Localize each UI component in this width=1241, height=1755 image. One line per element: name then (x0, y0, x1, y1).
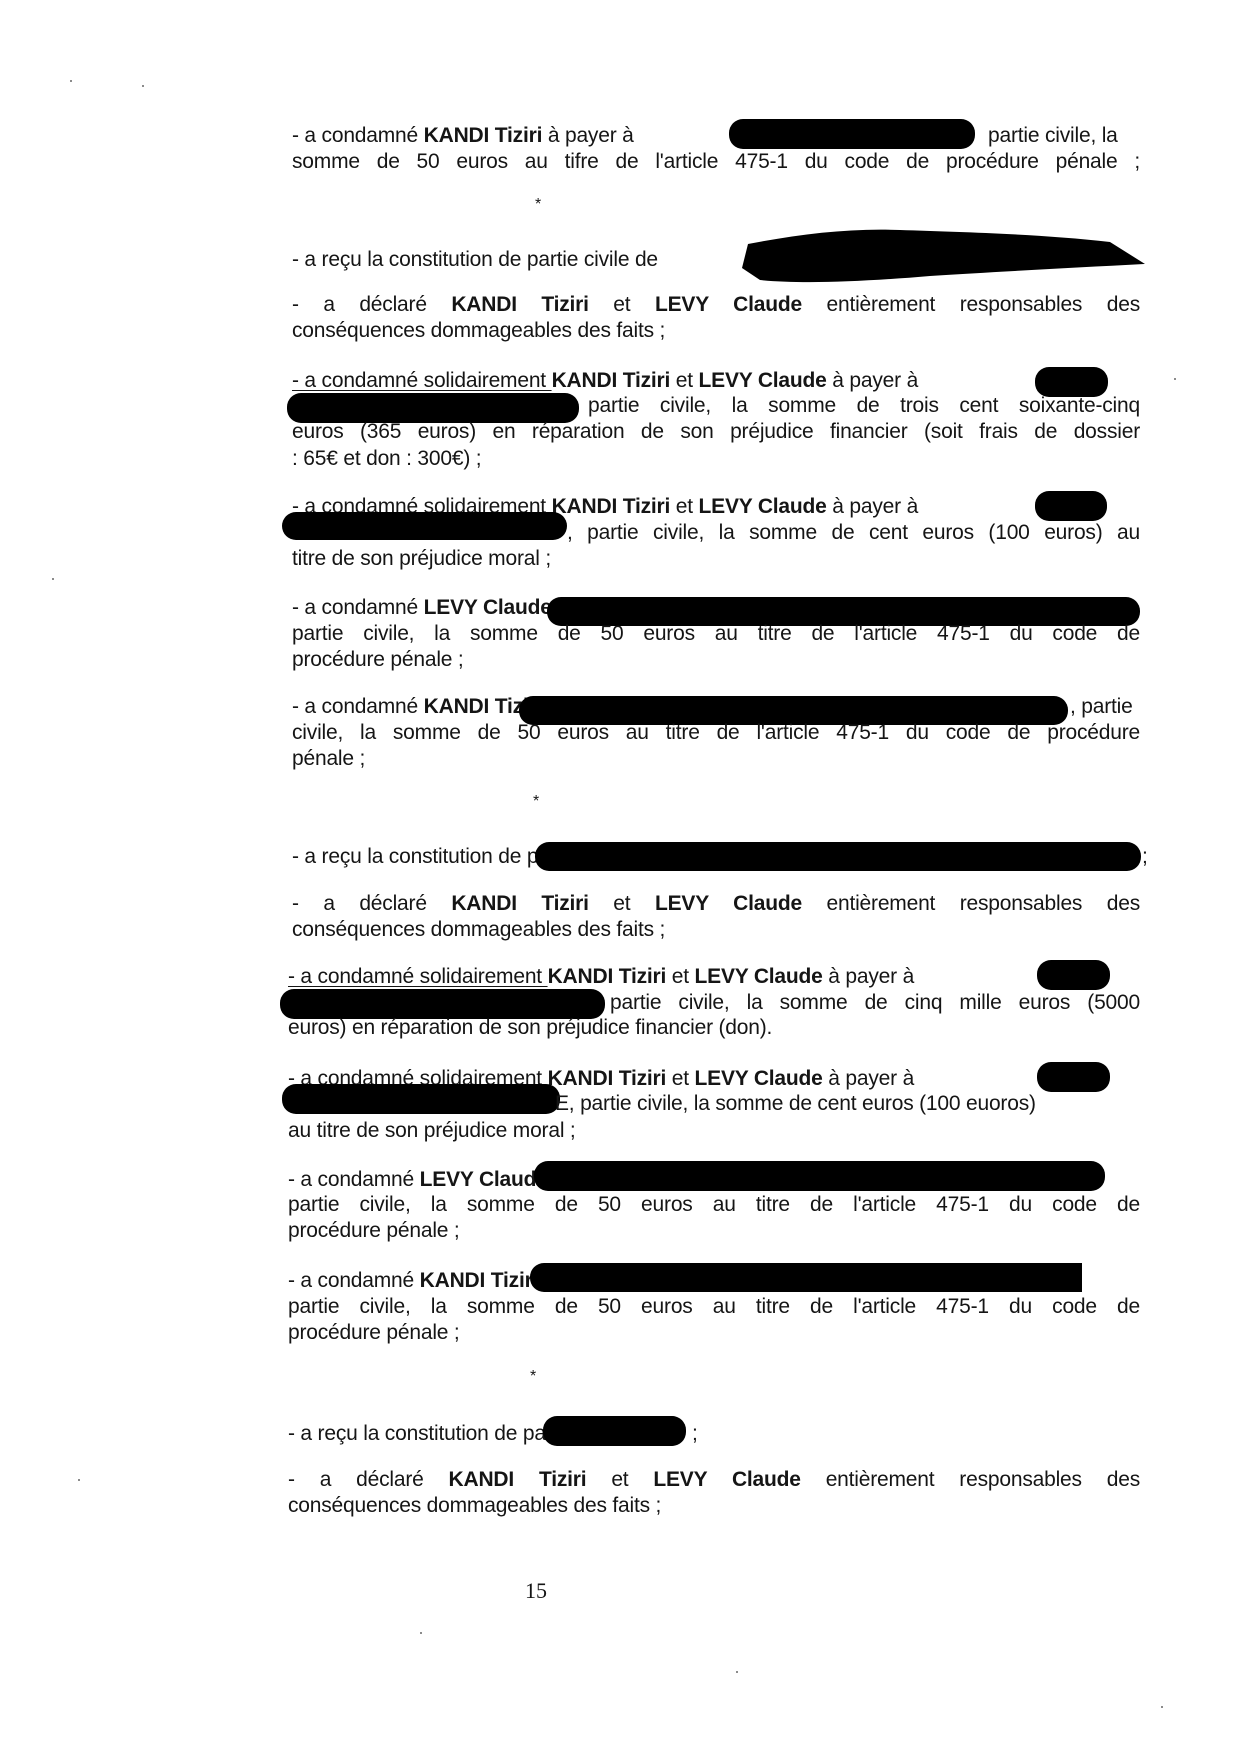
redaction-bar (700, 1161, 1105, 1191)
paragraph-4-line-4: : 65€ et don : 300€) ; (292, 446, 481, 472)
text: - a condamné (292, 695, 424, 718)
defendant-name: LEVY Claude (695, 965, 823, 988)
text: à payer à (827, 495, 918, 518)
paragraph-14-line-1-tail: ; (692, 1421, 698, 1447)
redaction-bar (1035, 491, 1107, 521)
defendant-name: LEVY Claude (420, 1168, 548, 1191)
defendant-name: LEVY Claude (653, 1468, 800, 1491)
defendant-name: KANDI Tiziri (548, 1067, 667, 1090)
paragraph-11-line-3: au titre de son préjudice moral ; (288, 1118, 576, 1144)
text: - a condamné (288, 1168, 420, 1191)
text: et (586, 1468, 653, 1491)
text: - a condamné solidairement (288, 965, 548, 988)
paragraph-4-line-1: - a condamné solidairement KANDI Tiziri … (292, 368, 918, 394)
section-separator: * (535, 196, 541, 214)
scan-speck (70, 80, 72, 82)
redaction-bar (1037, 960, 1110, 990)
paragraph-9-line-2: conséquences dommageables des faits ; (292, 917, 665, 943)
text: entièrement responsables des (802, 892, 1140, 915)
scan-speck (1161, 1706, 1163, 1708)
defendant-name: KANDI Tiziri (451, 892, 588, 915)
defendant-name: KANDI Tiziri (420, 1269, 539, 1292)
redaction-bar (729, 119, 975, 149)
text: et (589, 293, 655, 316)
paragraph-7-line-1-tail: , partie (1070, 694, 1133, 720)
paragraph-12-line-2: partie civile, la somme de 50 euros au t… (288, 1192, 1140, 1218)
text: et (589, 892, 655, 915)
scan-speck (1174, 378, 1176, 380)
defendant-name: KANDI Tiziri (552, 369, 671, 392)
redaction-bar (600, 1416, 685, 1446)
redaction-bar (1037, 1062, 1110, 1092)
paragraph-10-line-3: euros) en réparation de son préjudice fi… (288, 1015, 772, 1041)
paragraph-15-line-2: conséquences dommageables des faits ; (288, 1493, 661, 1519)
defendant-name: KANDI Tiziri (424, 124, 543, 147)
defendant-name: KANDI Tiziri (451, 293, 588, 316)
paragraph-1-line-1-tail: partie civile, la (988, 123, 1118, 149)
scan-speck (52, 578, 54, 580)
paragraph-11-line-2: E, partie civile, la somme de cent euros… (555, 1091, 1140, 1117)
text: et (670, 495, 698, 518)
text: - a condamné (292, 596, 424, 619)
paragraph-12-line-3: procédure pénale ; (288, 1218, 460, 1244)
section-separator: * (530, 1368, 536, 1386)
defendant-name: LEVY Claude (699, 495, 827, 518)
scan-speck (420, 1632, 422, 1634)
paragraph-13-line-2: partie civile, la somme de 50 euros au t… (288, 1294, 1140, 1320)
text: - a condamné solidairement (292, 369, 552, 392)
defendant-name: KANDI Tiziri (449, 1468, 587, 1491)
defendant-name: LEVY Claude (424, 596, 552, 619)
paragraph-6-line-3: procédure pénale ; (292, 647, 464, 673)
text: à payer à (542, 124, 633, 147)
scan-speck (736, 1671, 738, 1673)
text: - a condamné (292, 124, 424, 147)
text: - a condamné (288, 1269, 420, 1292)
paragraph-10-line-1: - a condamné solidairement KANDI Tiziri … (288, 964, 914, 990)
page-number: 15 (525, 1578, 547, 1604)
scan-speck (142, 85, 144, 87)
defendant-name: LEVY Claude (699, 369, 827, 392)
redaction-bar (700, 1263, 1082, 1292)
paragraph-9-line-1: - a déclaré KANDI Tiziri et LEVY Claude … (292, 891, 1140, 917)
paragraph-15-line-1: - a déclaré KANDI Tiziri et LEVY Claude … (288, 1467, 1140, 1493)
defendant-name: KANDI Tiziri (552, 495, 671, 518)
text: à payer à (827, 369, 918, 392)
defendant-name: LEVY Claude (655, 892, 802, 915)
paragraph-4-line-3: euros (365 euros) en réparation de son p… (292, 419, 1140, 445)
text: - a déclaré (292, 892, 451, 915)
defendant-name: LEVY Claude (695, 1067, 823, 1090)
paragraph-10-line-2: partie civile, la somme de cinq mille eu… (610, 990, 1140, 1016)
paragraph-7-line-3: pénale ; (292, 746, 365, 772)
text: entièrement responsables des (802, 293, 1140, 316)
paragraph-5-line-3: titre de son préjudice moral ; (292, 546, 551, 572)
document-page: - a condamné KANDI Tiziri à payer à part… (0, 0, 1241, 1755)
paragraph-8-line-1-tail: ; (1142, 844, 1148, 870)
paragraph-13-line-3: procédure pénale ; (288, 1320, 460, 1346)
text: entièrement responsables des (801, 1468, 1140, 1491)
text: à payer à (823, 965, 914, 988)
paragraph-6-line-2: partie civile, la somme de 50 euros au t… (292, 621, 1140, 647)
paragraph-5-line-2: , partie civile, la somme de cent euros … (567, 520, 1140, 546)
redaction-blob (740, 222, 1150, 284)
redaction-bar (282, 512, 567, 540)
text: à payer à (823, 1067, 914, 1090)
text: et (666, 1067, 694, 1090)
redaction-bar (420, 1084, 560, 1114)
text: - a déclaré (292, 293, 451, 316)
defendant-name: KANDI Tiziri (548, 965, 667, 988)
defendant-name: LEVY Claude (655, 293, 802, 316)
paragraph-1-line-2: somme de 50 euros au tifre de l'article … (292, 149, 1140, 175)
paragraph-3-line-1: - a déclaré KANDI Tiziri et LEVY Claude … (292, 292, 1140, 318)
scan-speck (78, 1479, 80, 1481)
text: et (666, 965, 694, 988)
text: et (670, 369, 698, 392)
paragraph-4-line-2: partie civile, la somme de trois cent so… (588, 393, 1140, 419)
redaction-bar (737, 842, 1141, 871)
paragraph-2-line-1: - a reçu la constitution de partie civil… (292, 247, 658, 273)
paragraph-1-line-1: - a condamné KANDI Tiziri à payer à (292, 123, 634, 149)
text: - a déclaré (288, 1468, 449, 1491)
section-separator: * (533, 793, 539, 811)
paragraph-3-line-2: conséquences dommageables des faits ; (292, 318, 665, 344)
paragraph-7-line-2: civile, la somme de 50 euros au titre de… (292, 720, 1140, 746)
